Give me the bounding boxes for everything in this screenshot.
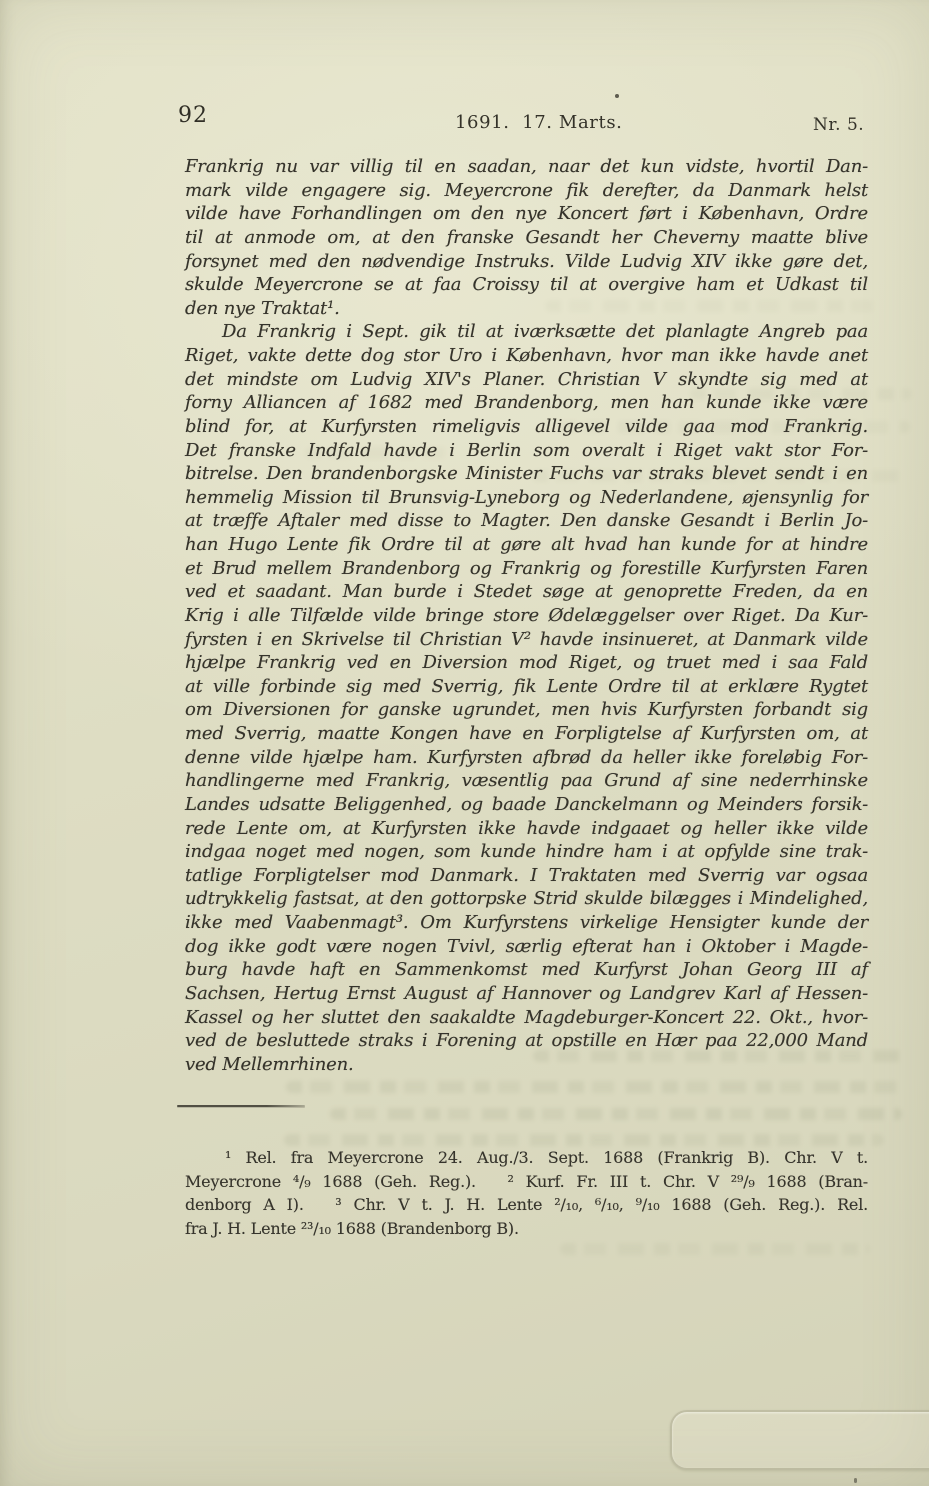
text-line: ¹ Rel. fra Meyercrone 24. Aug./3. Sept. …: [185, 1146, 868, 1170]
text-line: denne vilde hjælpe ham. Kurfyrsten afbrø…: [185, 746, 868, 770]
text-line: Kassel og her sluttet den saakaldte Magd…: [185, 1006, 868, 1030]
text-line: blind for, at Kurfyrsten rimeligvis alli…: [185, 415, 868, 439]
paper-speck: [615, 94, 619, 98]
text-line: den nye Traktat¹.: [185, 297, 868, 321]
paragraph: Da Frankrig i Sept. gik til at iværksætt…: [185, 320, 868, 1076]
text-line: Riget, vakte dette dog stor Uro i Københ…: [185, 344, 868, 368]
text-line: indgaa noget med nogen, som kunde hindre…: [185, 840, 868, 864]
text-line: med Sverrig, maatte Kongen have en Forpl…: [185, 722, 868, 746]
bleed-through: [330, 1108, 902, 1120]
text-line: bitrelse. Den brandenborgske Minister Fu…: [185, 462, 868, 486]
text-line: udtrykkelig fastsat, at den gottorpske S…: [185, 887, 868, 911]
text-line: ikke med Vaabenmagt³. Om Kurfyrstens vir…: [185, 911, 868, 935]
text-line: ved de besluttede straks i Forening at o…: [185, 1029, 868, 1053]
text-line: denborg A I). ³ Chr. V t. J. H. Lente ²/…: [185, 1193, 868, 1217]
body-text: Frankrig nu var villig til en saadan, na…: [185, 155, 868, 1076]
text-line: handlingerne med Frankrig, væsentlig paa…: [185, 769, 868, 793]
text-line: hemmelig Mission til Brunsvig-Lyneborg o…: [185, 486, 868, 510]
text-line: ved Mellemrhinen.: [185, 1053, 868, 1077]
issue-number: Nr. 5.: [813, 115, 864, 135]
text-line: Meyercrone ⁴/₉ 1688 (Geh. Reg.). ² Kurf.…: [185, 1170, 868, 1194]
text-line: forsynet med den nødvendige Instruks. Vi…: [185, 250, 868, 274]
bleed-through: [284, 1134, 884, 1146]
text-line: han Hugo Lente fik Ordre til at gøre alt…: [185, 533, 868, 557]
text-line: et Brud mellem Brandenborg og Frankrig o…: [185, 557, 868, 581]
running-head-date: 1691. 17. Marts.: [455, 112, 622, 133]
text-line: Sachsen, Hertug Ernst August af Hannover…: [185, 982, 868, 1006]
text-line: forny Alliancen af 1682 med Brandenborg,…: [185, 391, 868, 415]
text-line: Frankrig nu var villig til en saadan, na…: [185, 155, 868, 179]
text-line: burg havde haft en Sammenkomst med Kurfy…: [185, 958, 868, 982]
footnotes: ¹ Rel. fra Meyercrone 24. Aug./3. Sept. …: [185, 1146, 868, 1241]
page-number: 92: [178, 103, 208, 128]
text-line: tatlige Forpligtelser mod Danmark. I Tra…: [185, 864, 868, 888]
text-line: ved et saadant. Man burde i Stedet søge …: [185, 580, 868, 604]
text-line: dog ikke godt være nogen Tvivl, særlig e…: [185, 935, 868, 959]
paragraph: ¹ Rel. fra Meyercrone 24. Aug./3. Sept. …: [185, 1146, 868, 1241]
paragraph: Frankrig nu var villig til en saadan, na…: [185, 155, 868, 320]
text-line: Krig i alle Tilfælde vilde bringe store …: [185, 604, 868, 628]
text-line: fra J. H. Lente ²³/₁₀ 1688 (Brandenborg …: [185, 1217, 868, 1241]
text-line: hjælpe Frankrig ved en Diversion mod Rig…: [185, 651, 868, 675]
book-page-scan: 92 1691. 17. Marts. Nr. 5. Frankrig nu v…: [0, 0, 929, 1486]
embossed-plate: [670, 1410, 929, 1470]
text-line: Det franske Indfald havde i Berlin som o…: [185, 439, 868, 463]
text-line: Landes udsatte Beliggenhed, og baade Dan…: [185, 793, 868, 817]
footnote-separator: [177, 1105, 305, 1107]
text-line: vilde have Forhandlingen om den nye Konc…: [185, 202, 868, 226]
text-line: at ville forbinde sig med Sverrig, fik L…: [185, 675, 868, 699]
text-line: Da Frankrig i Sept. gik til at iværksætt…: [185, 320, 868, 344]
paper-speck: [854, 1478, 857, 1483]
text-line: til at anmode om, at den franske Gesandt…: [185, 226, 868, 250]
bleed-through: [560, 1243, 870, 1255]
text-line: om Diversionen for ganske ugrundet, men …: [185, 698, 868, 722]
text-line: rede Lente om, at Kurfyrsten ikke havde …: [185, 817, 868, 841]
text-line: mark vilde engagere sig. Meyercrone fik …: [185, 179, 868, 203]
bleed-through: [286, 1081, 904, 1093]
text-line: det mindste om Ludvig XIV's Planer. Chri…: [185, 368, 868, 392]
text-line: at træffe Aftaler med disse to Magter. D…: [185, 509, 868, 533]
text-line: fyrsten i en Skrivelse til Christian V² …: [185, 628, 868, 652]
text-line: skulde Meyercrone se at faa Croissy til …: [185, 273, 868, 297]
